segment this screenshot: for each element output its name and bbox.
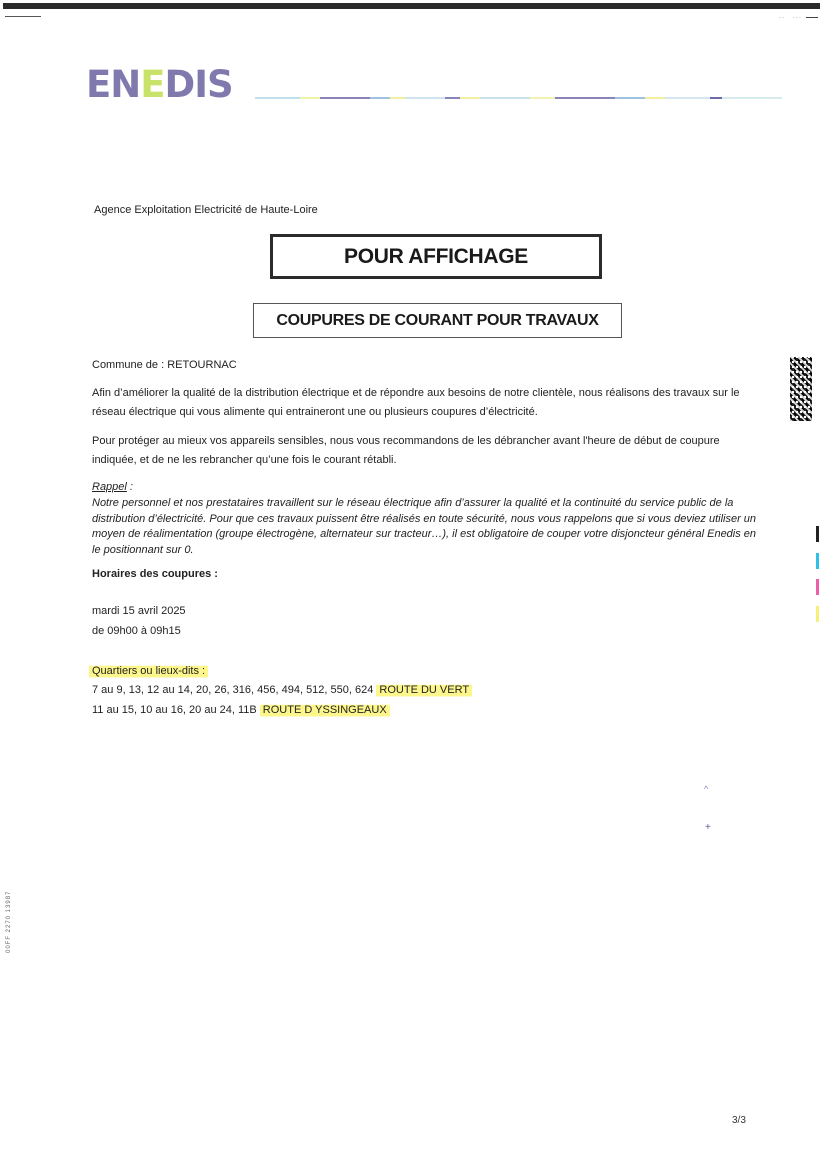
page-subtitle: COUPURES DE COURANT POUR TRAVAUX — [276, 312, 598, 330]
datamatrix-code-icon — [790, 357, 812, 421]
pen-mark-icon: ^ — [704, 784, 708, 794]
street-numbers: 11 au 15, 10 au 16, 20 au 24, 11B — [92, 704, 260, 716]
street-numbers: 7 au 9, 13, 12 au 14, 20, 26, 316, 456, … — [92, 684, 376, 696]
scan-mark-dots: ·· ··· — [779, 15, 818, 21]
scan-top-border — [3, 3, 820, 9]
locations-heading: Quartiers ou lieux-dits : — [92, 662, 208, 681]
agency-name: Agence Exploitation Electricité de Haute… — [94, 204, 318, 216]
commune-label: Commune de : RETOURNAC — [92, 356, 237, 375]
reminder-body: Notre personnel et nos prestataires trav… — [92, 496, 762, 558]
page-title: POUR AFFICHAGE — [344, 245, 528, 269]
outage-time: de 09h00 à 09h15 — [92, 622, 181, 641]
outage-date: mardi 15 avril 2025 — [92, 602, 186, 621]
street-name: ROUTE DU VERT — [376, 683, 472, 697]
title-box-affichage: POUR AFFICHAGE — [270, 234, 602, 279]
scan-mark-line — [5, 16, 41, 17]
side-scan-code-text: 00FF 2270 13987 — [6, 823, 12, 953]
street-name: ROUTE D YSSINGEAUX — [260, 703, 390, 717]
schedule-heading: Horaires des coupures : — [92, 565, 218, 584]
intro-paragraph: Afin d’améliorer la qualité de la distri… — [92, 384, 762, 422]
street-row: 7 au 9, 13, 12 au 14, 20, 26, 316, 456, … — [92, 681, 472, 700]
street-row: 11 au 15, 10 au 16, 20 au 24, 11B ROUTE … — [92, 701, 390, 720]
color-registration-mark-cyan — [816, 553, 819, 569]
logo-part-1: EN — [86, 68, 140, 102]
reminder-heading: Rappel : — [92, 480, 133, 495]
color-registration-mark-black — [816, 526, 819, 542]
color-registration-mark-yellow — [816, 606, 819, 622]
reminder-heading-colon: : — [127, 481, 133, 493]
locations-heading-highlight: Quartiers ou lieux-dits : — [89, 664, 208, 678]
logo-decorative-rule — [255, 97, 820, 100]
side-scan-code: 00FF 2270 13987 — [2, 830, 14, 960]
color-registration-mark-magenta — [816, 579, 819, 595]
page-number: 3/3 — [732, 1115, 746, 1126]
advice-paragraph: Pour protéger au mieux vos appareils sen… — [92, 432, 762, 470]
logo-part-2: E — [140, 68, 164, 102]
enedis-logo: EN E DIS — [86, 68, 233, 102]
title-box-coupures: COUPURES DE COURANT POUR TRAVAUX — [253, 303, 622, 338]
logo-part-3: DIS — [165, 68, 233, 102]
pen-mark-icon: + — [705, 822, 711, 833]
reminder-heading-label: Rappel — [92, 481, 127, 493]
